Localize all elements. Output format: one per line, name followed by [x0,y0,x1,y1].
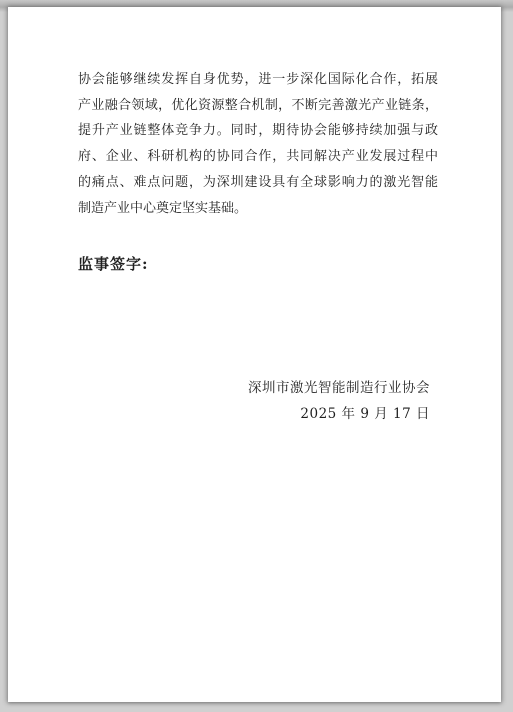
document-date: 2025 年 9 月 17 日 [78,402,430,428]
signature-label: 监事签字: [78,251,438,278]
paragraph-line: 的痛点、难点问题，为深圳建设具有全球影响力的激光智能 [78,170,438,196]
body-paragraph: 协会能够继续发挥自身优势，进一步深化国际化合作，拓展 产业融合领域，优化资源整合… [78,67,438,221]
organization-name: 深圳市激光智能制造行业协会 [78,376,430,402]
paragraph-line: 府、企业、科研机构的协同合作，共同解决产业发展过程中 [78,144,438,170]
page-backdrop: 协会能够继续发挥自身优势，进一步深化国际化合作，拓展 产业融合领域，优化资源整合… [0,0,513,712]
signature-block: 深圳市激光智能制造行业协会 2025 年 9 月 17 日 [78,376,438,427]
document-content: 协会能够继续发挥自身优势，进一步深化国际化合作，拓展 产业融合领域，优化资源整合… [78,67,438,428]
paragraph-line: 协会能够继续发挥自身优势，进一步深化国际化合作，拓展 [78,67,438,93]
paragraph-line: 产业融合领域，优化资源整合机制，不断完善激光产业链条， [78,93,438,119]
document-page: 协会能够继续发挥自身优势，进一步深化国际化合作，拓展 产业融合领域，优化资源整合… [8,7,501,702]
paragraph-line: 制造产业中心奠定坚实基础。 [78,196,438,222]
paragraph-line: 提升产业链整体竞争力。同时，期待协会能够持续加强与政 [78,118,438,144]
